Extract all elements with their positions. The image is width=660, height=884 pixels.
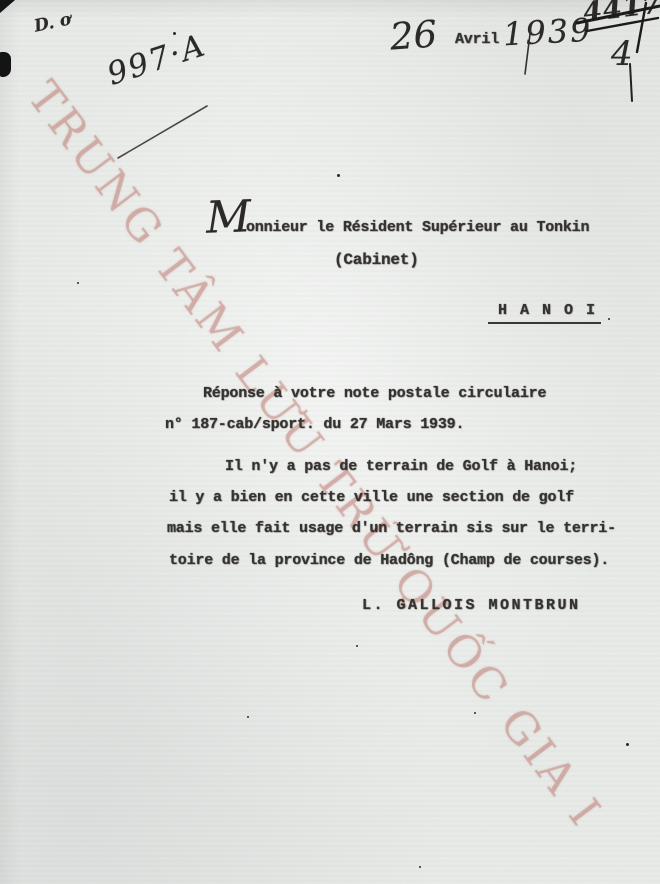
dust-speck	[77, 282, 79, 284]
dust-speck	[608, 318, 610, 320]
archives-watermark: TRUNG TÂM LƯU TRỮ QUỐC GIA I	[17, 72, 648, 884]
handwritten-date-year: 1939	[502, 11, 593, 54]
city-heading: H A N O I	[488, 302, 601, 324]
scanline-texture	[0, 0, 660, 884]
handwritten-initials: D. ơ	[32, 9, 73, 36]
dust-speck	[337, 174, 340, 177]
handwritten-page-number: 4	[611, 34, 633, 74]
handwritten-date-day: 26	[389, 12, 439, 58]
corner-ink-mark	[0, 0, 15, 13]
paper-texture	[0, 0, 660, 884]
typed-date-month: Avril	[455, 31, 499, 48]
body-line: Réponse à votre note postale circulaire	[203, 385, 546, 402]
dust-speck	[419, 866, 421, 868]
dust-speck	[626, 743, 629, 746]
dust-speck	[474, 712, 476, 714]
dust-speck	[173, 32, 176, 35]
edge-ink-blob	[0, 52, 11, 77]
body-line: Il n'y a pas de terrain de Golf à Hanoi;	[225, 458, 577, 475]
dust-speck	[356, 645, 358, 647]
handwritten-file-number: 997·A	[103, 27, 211, 93]
salutation-line: onnieur le Résident Supérieur au Tonkin	[246, 219, 589, 236]
body-line: toire de la province de Hadông (Champ de…	[169, 552, 609, 569]
dust-speck	[247, 716, 249, 718]
body-line: n° 187-cab/sport. du 27 Mars 1939.	[165, 416, 464, 433]
body-line: il y a bien en cette ville une section d…	[169, 489, 574, 506]
signature-line: L. GALLOIS MONTBRUN	[362, 597, 581, 614]
crossed-out-number: 4417	[581, 0, 660, 29]
scanned-letter-page: TRUNG TÂM LƯU TRỮ QUỐC GIA I D. ơ 997·A …	[0, 0, 660, 884]
body-line: mais elle fait usage d'un terrain sis su…	[167, 520, 616, 537]
salutation-initial: M	[205, 191, 252, 244]
salutation-sub-line: (Cabinet)	[334, 251, 419, 269]
file-number-flourish-stroke	[118, 106, 207, 158]
pen-strokes	[0, 0, 660, 884]
